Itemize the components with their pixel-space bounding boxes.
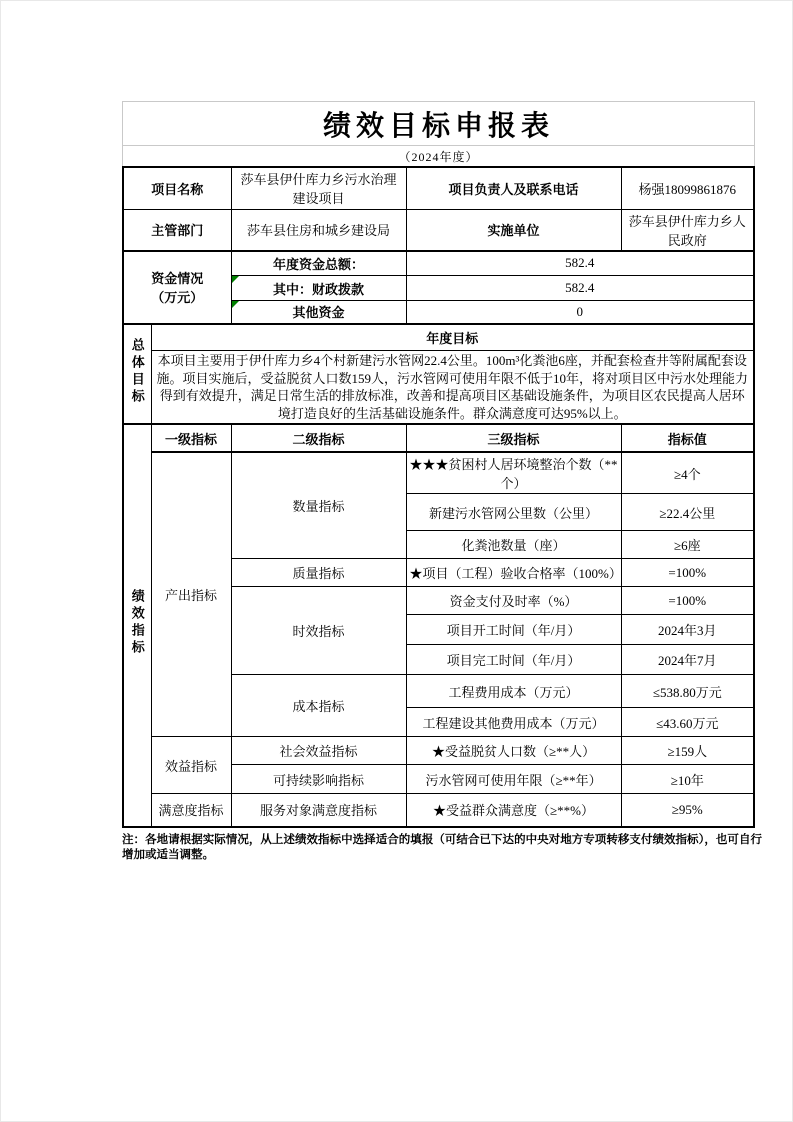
value-cell: ≥95% [621,794,754,827]
l3-cell: ★★★贫困村人居环境整治个数（**个） [406,452,621,494]
annual-goal-header-row: 总体目标 年度目标 [123,324,754,351]
title-block: 绩效目标申报表 （2024年度） [122,101,755,166]
indicator-row: 满意度指标 服务对象满意度指标 ★受益群众满意度（≥**%） ≥95% [123,794,754,827]
funding-total-label: 年度资金总额： [231,251,406,276]
annual-goal-text: 本项目主要用于伊什库力乡4个村新建污水管网22.4公里。100m³化粪池6座，并… [151,351,754,425]
funding-other-label: 其他资金 [231,301,406,324]
header-value: 指标值 [621,424,754,452]
annual-goal-text-row: 本项目主要用于伊什库力乡4个村新建污水管网22.4公里。100m³化粪池6座，并… [123,351,754,425]
indicator-row: 产出指标 数量指标 ★★★贫困村人居环境整治个数（**个） ≥4个 [123,452,754,494]
performance-indicator-label: 绩效指标 [123,424,151,827]
funding-fiscal-label: 其中：财政拨款 [231,276,406,301]
value-cell: =100% [621,587,754,615]
value-cell: ≥22.4公里 [621,494,754,531]
l3-cell: 新建污水管网公里数（公里） [406,494,621,531]
l3-cell: ★受益群众满意度（≥**%） [406,794,621,827]
form-sheet: 绩效目标申报表 （2024年度） 项目名称 莎车县伊什库力乡污水治理建设项目 项… [122,101,755,863]
funding-fiscal-value: 582.4 [406,276,754,301]
indicator-row: 效益指标 社会效益指标 ★受益脱贫人口数（≥**人） ≥159人 [123,737,754,765]
header-level1: 一级指标 [151,424,231,452]
funding-section-label: 资金情况 （万元） [123,251,231,324]
level2-quality: 质量指标 [231,559,406,587]
l3-cell: 化粪池数量（座） [406,531,621,559]
subtitle-row: （2024年度） [123,145,754,166]
leader-label: 项目负责人及联系电话 [406,167,621,209]
level1-satisfaction: 满意度指标 [151,794,231,827]
header-level2: 二级指标 [231,424,406,452]
project-name-row: 项目名称 莎车县伊什库力乡污水治理建设项目 项目负责人及联系电话 杨强18099… [123,167,754,209]
funding-total-value: 582.4 [406,251,754,276]
value-cell: =100% [621,559,754,587]
leader-value: 杨强18099861876 [621,167,754,209]
value-cell: 2024年7月 [621,645,754,675]
annual-goal-header: 年度目标 [151,324,754,351]
value-cell: ≥159人 [621,737,754,765]
impl-unit-label: 实施单位 [406,209,621,251]
level1-benefit: 效益指标 [151,737,231,794]
indicator-header-row: 绩效指标 一级指标 二级指标 三级指标 指标值 [123,424,754,452]
funding-label-line1: 资金情况 [151,271,203,286]
value-cell: ≥4个 [621,452,754,494]
funding-label-line2: （万元） [151,290,203,305]
value-cell: ≤43.60万元 [621,708,754,737]
performance-target-table: 项目名称 莎车县伊什库力乡污水治理建设项目 项目负责人及联系电话 杨强18099… [122,166,755,828]
funding-other-value: 0 [406,301,754,324]
cell-error-triangle-icon [232,301,239,308]
document-page: 绩效目标申报表 （2024年度） 项目名称 莎车县伊什库力乡污水治理建设项目 项… [0,0,793,1122]
value-cell: ≥6座 [621,531,754,559]
l3-cell: ★受益脱贫人口数（≥**人） [406,737,621,765]
l3-cell: 项目开工时间（年/月） [406,615,621,645]
footnote: 注：各地请根据实际情况，从上述绩效指标中选择适合的填报（可结合已下达的中央对地方… [122,833,762,863]
page-subtitle: （2024年度） [398,148,478,165]
l3-cell: 污水管网可使用年限（≥**年） [406,765,621,794]
level2-quantity: 数量指标 [231,452,406,559]
level2-cost: 成本指标 [231,675,406,737]
header-level3: 三级指标 [406,424,621,452]
overall-goal-label: 总体目标 [123,324,151,425]
dept-value: 莎车县住房和城乡建设局 [231,209,406,251]
l3-cell: ★项目（工程）验收合格率（100%） [406,559,621,587]
dept-label: 主管部门 [123,209,231,251]
title-row: 绩效目标申报表 [123,102,754,145]
project-name-label: 项目名称 [123,167,231,209]
level2-social: 社会效益指标 [231,737,406,765]
level2-timeliness: 时效指标 [231,587,406,675]
dept-row: 主管部门 莎车县住房和城乡建设局 实施单位 莎车县伊什库力乡人民政府 [123,209,754,251]
funding-total-row: 资金情况 （万元） 年度资金总额： 582.4 [123,251,754,276]
value-cell: ≥10年 [621,765,754,794]
l3-cell: 工程建设其他费用成本（万元） [406,708,621,737]
level1-output: 产出指标 [151,452,231,737]
value-cell: 2024年3月 [621,615,754,645]
value-cell: ≤538.80万元 [621,675,754,708]
page-title: 绩效目标申报表 [323,104,554,144]
l3-cell: 工程费用成本（万元） [406,675,621,708]
cell-error-triangle-icon [232,276,239,283]
project-name-value: 莎车县伊什库力乡污水治理建设项目 [231,167,406,209]
level2-service: 服务对象满意度指标 [231,794,406,827]
l3-cell: 项目完工时间（年/月） [406,645,621,675]
impl-unit-value: 莎车县伊什库力乡人民政府 [621,209,754,251]
level2-sustain: 可持续影响指标 [231,765,406,794]
l3-cell: 资金支付及时率（%） [406,587,621,615]
